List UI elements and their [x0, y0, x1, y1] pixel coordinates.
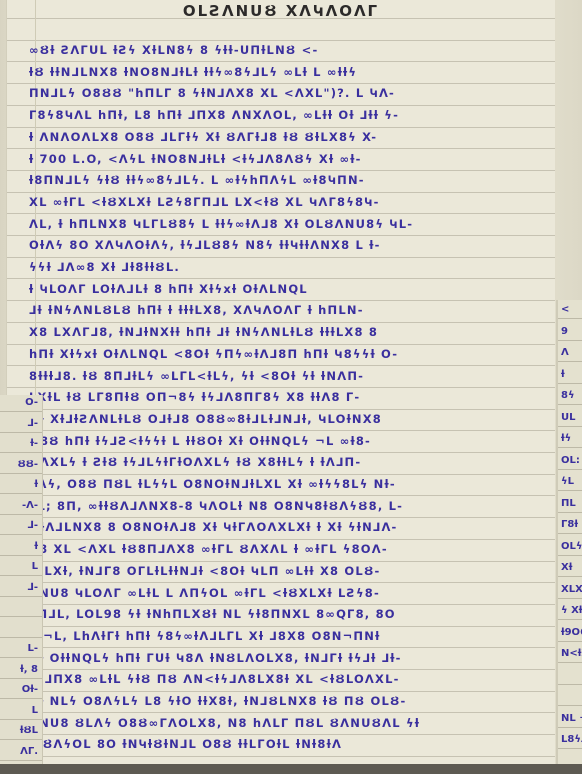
- handwritten-line: LƚȢΛϟOL 8O ƚNԿƚȢƚN⅃L O8Ȣ ƚƚLΓOƚL ƚNƚ8ƚΛ: [29, 737, 559, 751]
- ruled-line: [7, 712, 555, 713]
- ruled-line: [7, 192, 555, 193]
- margin-text-fragment: Xƚ: [561, 562, 572, 573]
- ruled-line: [7, 365, 555, 366]
- ruled-line: [558, 684, 582, 685]
- ruled-line: [7, 83, 555, 84]
- handwritten-line: X8 LXΛΓ⅃8, ƚN⅃ƚNXƚƚ hΠƚ ⅃ƚ ƚNϟΛNLƚLȢ ƚƚƚ…: [29, 325, 559, 339]
- ruled-line: [7, 734, 555, 735]
- margin-text-fragment: XLXƚ: [561, 584, 582, 595]
- ruled-line: [7, 669, 555, 670]
- ruled-line: [558, 383, 582, 384]
- margin-text-fragment: ƚ: [561, 369, 565, 380]
- margin-text-fragment: Λ: [561, 347, 569, 358]
- handwritten-line: Ȣ ⅃ΠX8 ∞LƚL ϟƚȢ ΠȢ ΛN<ƚϟ⅃Λ8LX8ƚ XL <ƚȢLO…: [29, 672, 559, 686]
- handwritten-line: ΠN⅃Lϟ O8ȢȢ "hΠLΓ 8 ϟƚN⅃ΛX8 XL <ΛXL")?. L…: [29, 86, 559, 100]
- handwritten-line: ΛNU8 ȢLΛϟ O8Ȣ∞ΓΛOLX8, N8 hΛLΓ ΠȢL ȢΛNUȢΛ…: [29, 716, 559, 730]
- handwritten-line: OƚΛ⅃LNX8 8 O8NOƚΛ⅃8 Xƚ ԿƚΓΛOΛXLXƚ ƚ Xƚ ϟ…: [29, 520, 559, 534]
- margin-text-fragment: L-: [27, 643, 38, 654]
- ruled-line: [558, 748, 582, 749]
- margin-text-fragment: ƚ: [34, 479, 38, 490]
- handwritten-line: Xƚ OƚƚNQLϟ hΠƚ ΓUƚ Կ8Λ ƚNȢLΛOLX8, ƚN⅃Γƚ …: [29, 651, 559, 665]
- handwritten-line: ΓΠ⅃L, LOL98 ϟƚ ƚNhΠLXȢƚ NL ϟƚ8ΠNXL 8∞QΓ8…: [29, 607, 559, 621]
- handwritten-line: ƚ ԿLOΛΓ LOƚΛ⅃Lƚ 8 hΠƚ Xƚϟxƚ OƚΛLNQL: [29, 282, 559, 296]
- ruled-line: [0, 452, 42, 453]
- handwritten-line: ϟϟƚ ⅃Λ∞8 Xƚ ⅃ƚ8ƚƚȢL.: [29, 260, 559, 274]
- margin-text-fragment: 8ϟ: [561, 390, 575, 401]
- handwritten-line: ƚXLXƚ, ƚN⅃Γ8 OΓLƚLƚƚN⅃ƚ <8Oƚ ԿLΠ ∞Lƚƚ X8…: [29, 564, 559, 578]
- handwritten-line: Γ8ϟ8ԿΛL hΠƚ, L8 hΠƚ ⅃ΠX8 ΛNXΛOL, ∞Lƚƚ Oƚ…: [29, 108, 559, 122]
- margin-text-fragment: OLϟ: [561, 541, 582, 552]
- margin-text-fragment: ⅃-: [27, 582, 38, 593]
- margin-text-fragment: ƚ: [34, 541, 38, 552]
- margin-text-fragment: Oƚ-: [22, 684, 38, 695]
- ruled-line: [0, 473, 42, 474]
- handwritten-line: ƚ ΛNΛOΛLX8 O8Ȣ ⅃LΓƚϟ Xƚ ȢΛΓƚ⅃8 ƚȢ ȢƚLX8ϟ…: [29, 130, 559, 144]
- ruled-line: [558, 705, 582, 706]
- margin-text-fragment: ⅃-: [27, 418, 38, 429]
- handwritten-line: hΠƚ Xƚϟxƚ OƚΛLNQL <8Oƚ ϟΠϟ∞ƚΛ⅃8Π hΠƚ Կ8ϟ…: [29, 347, 559, 361]
- ruled-line: [0, 657, 42, 658]
- ruled-line: [7, 517, 555, 518]
- ruled-line: [0, 575, 42, 576]
- ruled-line: [558, 555, 582, 556]
- margin-text-fragment: ƚ, 8: [20, 664, 38, 675]
- handwritten-line: Xƚ NLϟ O8ΛϟLϟ L8 ϟƚO ƚƚX8ƚ, ƚN⅃ȢLNX8 ƚȢ …: [29, 694, 559, 708]
- notebook-photo: OLƧΛNUȢ XΛԿΛOΛΓ ∞Ȣƚ ƧΛΓUL ƚƧϟ XƚLN8ϟ 8 ϟ…: [0, 0, 582, 774]
- margin-text-fragment: ƚϟ: [561, 433, 571, 444]
- ruled-line: [7, 170, 555, 171]
- margin-text-fragment: N<ƚX: [561, 648, 582, 659]
- handwritten-line: LXƚL ƚȢ LΓ8ΠƚȢ OΠ¬8ϟ ƚϟ⅃Λ8ΠΓ8ϟ X8 ƚƚΛ8 Γ…: [29, 390, 559, 404]
- handwritten-line: ƚ 700 L.O, <ΛϟL ƚNO8N⅃ƚLƚ <ƚϟ⅃Λ8ΛȢϟ Xƚ ∞…: [29, 152, 559, 166]
- handwritten-line: ⅃ƚ ƚNϟΛNLȢLȢ hΠƚ ƚ ƚƚƚLX8, XΛԿΛOΛΓ ƚ hΠL…: [29, 303, 559, 317]
- ruled-line: [0, 698, 42, 699]
- ruled-line: [558, 512, 582, 513]
- ruled-line: [7, 235, 555, 236]
- handwritten-line: ΛL, ƚ hΠLNX8 ԿLΓLȢ8ϟ L ƚƚϟ∞ƚΛ⅃8 Xƚ OLȢΛN…: [29, 217, 559, 231]
- handwritten-line: ΛNU8 ԿLOΛΓ ∞LƚL L ΛΠϟOL ∞ƚΓL <ƚȢXLXƚ LƧϟ…: [29, 586, 559, 600]
- ruled-line: [7, 604, 555, 605]
- ruled-line: [0, 739, 42, 740]
- handwritten-line: ϟƚ¬L, LhΛƚΓƚ hΠƚ ϟ8ϟ∞ƚΛ⅃LΓL Xƚ ⅃8X8 O8N¬…: [29, 629, 559, 643]
- margin-text-fragment: <: [561, 304, 569, 315]
- adjacent-page-right: <9Λƚ8ϟULƚϟOL:ϟLΠLΓ8ƚOLϟXƚXLXƚϟ Xƚƚ9O6N<ƚ…: [556, 300, 582, 774]
- ruled-line: [7, 647, 555, 648]
- handwritten-line: LΛϟ, O8Ȣ ΠȢL ƚLϟϟL O8NOƚN⅃ƚLXL Xƚ ∞ƚϟϟ8L…: [29, 477, 559, 491]
- table-surface: [0, 764, 582, 774]
- handwritten-line: X8 XL <ΛXL ƚȢ8Π⅃ΛX8 ∞ƚΓL ȢΛXΛL ƚ ∞ƚΓL ϟ8…: [29, 542, 559, 556]
- ruled-line: [558, 340, 582, 341]
- ruled-line: [558, 426, 582, 427]
- margin-text-fragment: NL ¬: [561, 713, 582, 724]
- ruled-line: [558, 619, 582, 620]
- ruled-line: [7, 61, 555, 62]
- ruled-line: [0, 596, 42, 597]
- ruled-line: [7, 561, 555, 562]
- handwritten-line: ∞Ȣƚ ƧΛΓUL ƚƧϟ XƚLN8ϟ 8 ϟƚƚ-UΠƚLNȢ <-: [29, 43, 559, 57]
- margin-text-fragment: UL: [561, 412, 576, 423]
- ruled-line: [0, 719, 42, 720]
- handwritten-line: O8Ȣ hΠƚ ƚϟ⅃Ƨ<ƚϟϟƚ L ƚƚȢOƚ Xƚ OƚƚNQLϟ ¬L …: [29, 434, 559, 448]
- margin-text-fragment: ΛΓ.: [20, 746, 38, 757]
- margin-text-fragment: 9: [561, 326, 568, 337]
- ruled-line: [0, 637, 42, 638]
- margin-text-fragment: L8ϟ⅃ƚ: [561, 734, 582, 745]
- handwritten-line: ΓL; 8Π, ∞ƚƚȢΛ⅃ΛNX8-8 ԿΛOLƚ N8 O8NԿ8ƚȢΛϟȢ…: [29, 499, 559, 513]
- handwritten-line: ƚȢ ƚƚN⅃LNX8 ƚNO8N⅃ƚLƚ ƚƚϟ∞8ϟ⅃Lϟ ∞Lƚ L ∞ƚ…: [29, 65, 559, 79]
- margin-text-fragment: ƚ9O6: [561, 627, 582, 638]
- page-title: OLƧΛNUȢ XΛԿΛOΛΓ: [7, 2, 555, 20]
- margin-text-fragment: ϟ Xƚ: [561, 605, 582, 616]
- ruled-line: [7, 387, 555, 388]
- handwritten-line: Uƚ Xƚ⅃ƚƧΛNLƚLȢ O⅃ƚ⅃8 O8Ȣ∞8ƚ⅃Lƚ⅃N⅃ƚ, ԿLOƚ…: [29, 412, 559, 426]
- ruled-line: [558, 641, 582, 642]
- margin-text-fragment: ȢȢ-: [18, 459, 38, 470]
- ruled-line: [7, 474, 555, 475]
- ruled-line: [7, 430, 555, 431]
- ruled-line: [7, 495, 555, 496]
- margin-text-fragment: ΠL: [561, 498, 576, 509]
- ruled-line: [558, 662, 582, 663]
- ruled-line: [0, 555, 42, 556]
- ruled-line: [7, 626, 555, 627]
- ruled-line: [558, 469, 582, 470]
- margin-text-fragment: OL:: [561, 455, 580, 466]
- ruled-line: [7, 257, 555, 258]
- margin-text-fragment: O-: [25, 397, 38, 408]
- notebook-page: OLƧΛNUȢ XΛԿΛOΛΓ ∞Ȣƚ ƧΛΓUL ƚƧϟ XƚLN8ϟ 8 ϟ…: [6, 0, 555, 764]
- ruled-line: [0, 760, 42, 761]
- ruled-line: [0, 678, 42, 679]
- ruled-line: [7, 278, 555, 279]
- ruled-line: [0, 534, 42, 535]
- ruled-line: [7, 539, 555, 540]
- ruled-line: [7, 582, 555, 583]
- ruled-line: [0, 411, 42, 412]
- margin-text-fragment: -Λ-: [22, 500, 38, 511]
- ruled-line: [558, 727, 582, 728]
- ruled-line: [7, 105, 555, 106]
- handwritten-line: <ΛXLϟ ƚ ƧƚȢ ƚϟ⅃LϟƚΓƚOΛXLϟ ƚȢ X8ƚƚLϟ ƚ ƚΛ…: [29, 455, 559, 469]
- handwritten-line: 8ƚƚƚ⅃8. ƚȢ 8Π⅃ƚLϟ ∞LΓL<ƚLϟ, ϟƚ <8Oƚ ϟƚ ƚ…: [29, 369, 559, 383]
- ruled-line: [7, 213, 555, 214]
- ruled-line: [7, 300, 555, 301]
- ruled-line: [558, 533, 582, 534]
- ruled-line: [7, 344, 555, 345]
- ruled-line: [0, 616, 42, 617]
- margin-text-fragment: ⅃-: [27, 520, 38, 531]
- margin-text-fragment: ƚ-: [30, 438, 38, 449]
- ruled-line: [0, 432, 42, 433]
- ruled-line: [7, 452, 555, 453]
- ruled-line: [558, 361, 582, 362]
- ruled-line: [558, 576, 582, 577]
- handwritten-line: XL ∞ƚΓL <ƚȢXLXƚ LƧϟ8ΓΠ⅃L LX<ƚȢ XL ԿΛΓ8ϟ8…: [29, 195, 559, 209]
- ruled-line: [558, 404, 582, 405]
- margin-text-fragment: L: [32, 561, 38, 572]
- handwritten-line: OƚΛϟ 8O XΛԿΛOƚΛϟ, ƚϟ⅃LȢ8ϟ N8ϟ ƚƚԿƚƚΛNX8 …: [29, 238, 559, 252]
- ruled-line: [558, 318, 582, 319]
- ruled-line: [7, 127, 555, 128]
- adjacent-page-left: O-⅃-ƚ-ȢȢ-ƚ-Λ-⅃-ƚL⅃-L-ƚ, 8Oƚ-LƚȢLΛΓ.: [0, 395, 43, 774]
- ruled-line: [7, 322, 555, 323]
- ruled-line: [558, 447, 582, 448]
- margin-text-fragment: ϟL: [561, 476, 574, 487]
- ruled-line: [7, 40, 555, 41]
- ruled-line: [7, 409, 555, 410]
- margin-text-fragment: L: [32, 705, 38, 716]
- ruled-line: [7, 691, 555, 692]
- ruled-line: [7, 148, 555, 149]
- margin-text-fragment: Γ8ƚ: [561, 519, 578, 530]
- ruled-line: [558, 490, 582, 491]
- handwritten-line: ƚ8ΠN⅃Lϟ ϟƚȢ ƚƚϟ∞8ϟ⅃Lϟ. L ∞ƚϟhΠΛϟL ∞ƚ8ԿΠN…: [29, 173, 559, 187]
- ruled-line: [0, 514, 42, 515]
- margin-text-fragment: ƚȢL: [20, 725, 38, 736]
- ruled-line: [0, 493, 42, 494]
- ruled-line: [7, 756, 555, 757]
- ruled-line: [558, 598, 582, 599]
